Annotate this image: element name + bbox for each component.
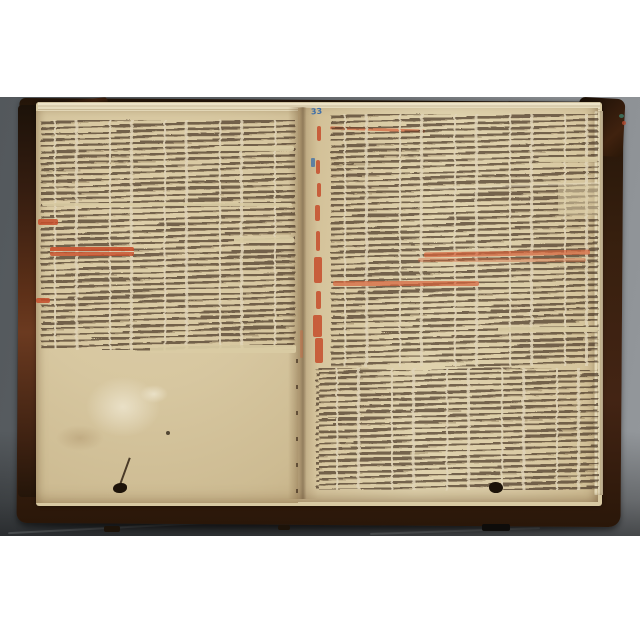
red-initial (315, 338, 323, 363)
left-spine-leather (18, 105, 38, 497)
ink-blot (489, 482, 503, 493)
red-initial (316, 231, 320, 251)
paragraph-gap (42, 203, 292, 206)
red-initial (314, 257, 322, 283)
red-gutter-bleed (300, 330, 303, 358)
worn-patch (140, 385, 168, 403)
teal-fleck (619, 114, 624, 118)
stain (56, 425, 104, 451)
red-initial (316, 291, 321, 309)
paragraph-gap (234, 237, 294, 243)
red-fleck (622, 121, 626, 125)
manuscript-photo: 33 (0, 97, 640, 536)
right-page-text-block-lower (316, 368, 598, 490)
red-initial (317, 126, 321, 141)
red-rubric-heading (50, 247, 134, 256)
folio-number: 33 (311, 108, 323, 117)
binding-stitches (296, 359, 298, 499)
blank-wedge (558, 183, 598, 215)
red-initial (316, 160, 320, 174)
red-initial (317, 183, 321, 197)
red-initial (313, 315, 322, 337)
paragraph-gap (150, 345, 296, 353)
paragraph-gap (214, 146, 294, 151)
red-initial (315, 205, 320, 221)
speck (166, 431, 170, 435)
shadow-notch (482, 524, 510, 531)
left-page-text-block (41, 120, 295, 350)
paragraph-gap (538, 157, 598, 162)
red-marginal-mark (38, 219, 58, 225)
paragraph-gap (498, 327, 598, 332)
clasp-nub (104, 526, 120, 532)
red-marginal-mark (36, 298, 50, 303)
red-underline-heading (333, 281, 479, 286)
clasp-nub (278, 525, 290, 530)
red-underline-heading (418, 258, 586, 262)
blue-paraph-mark (311, 158, 315, 167)
